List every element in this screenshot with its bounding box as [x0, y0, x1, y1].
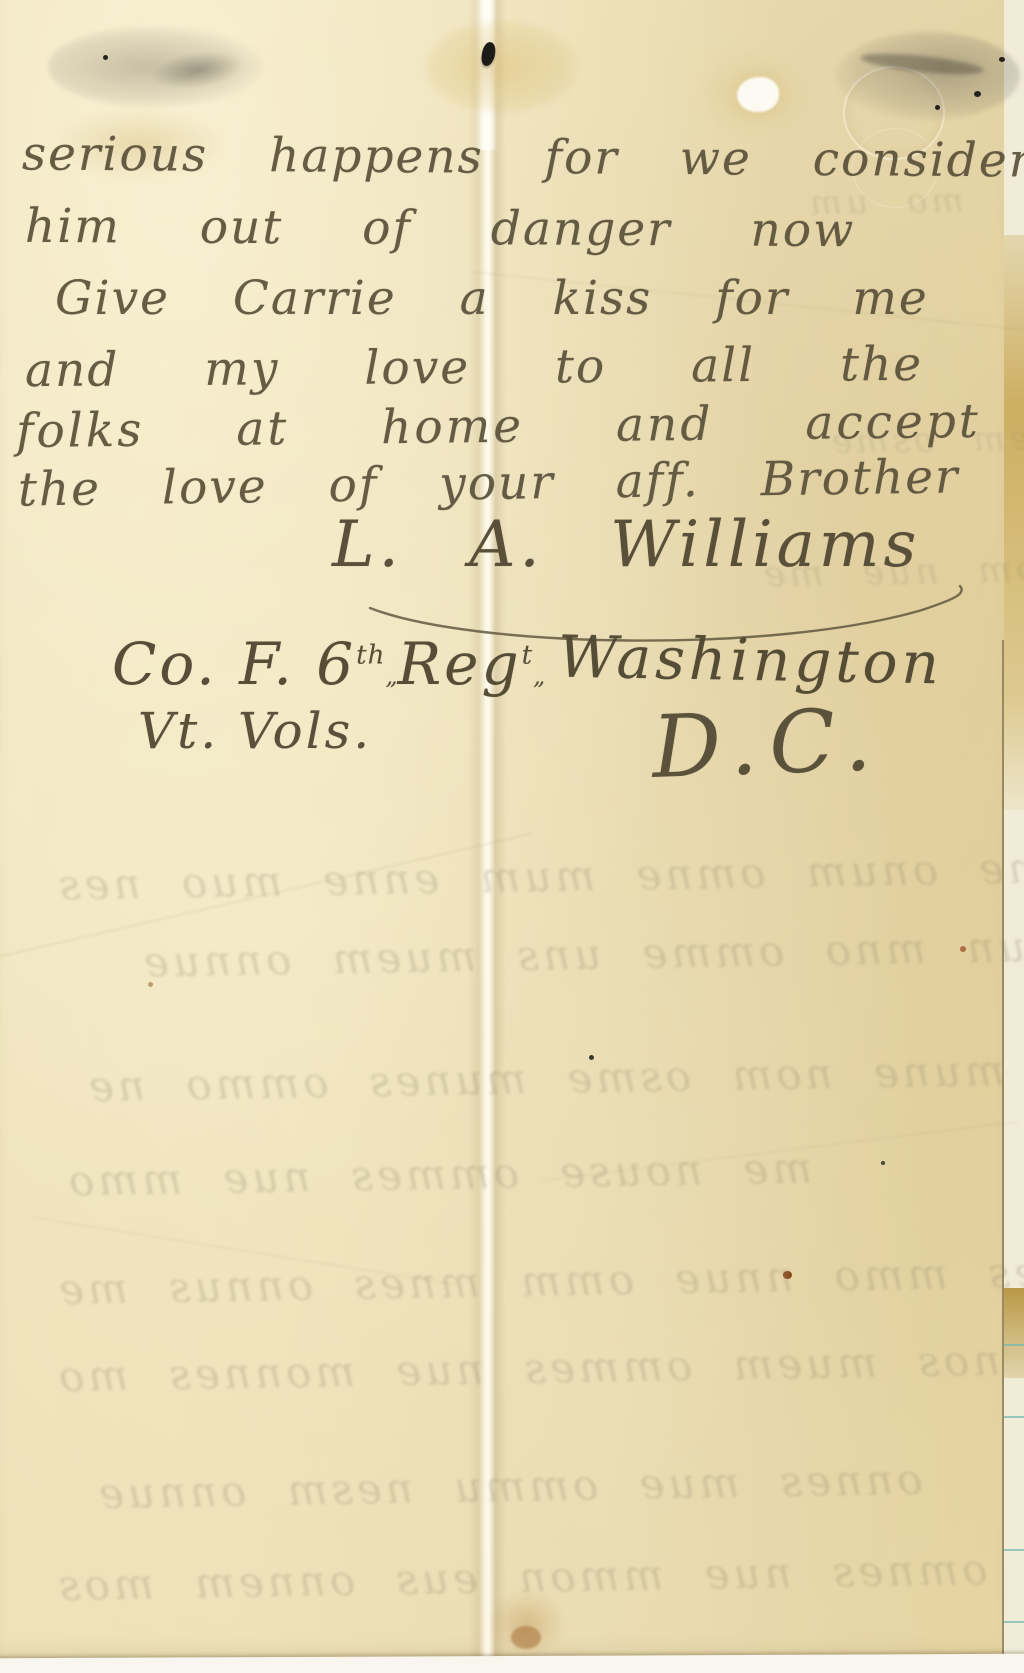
under-page-edge: [1004, 0, 1024, 1659]
place-district: D.C.: [650, 690, 885, 798]
ditto-mark: „: [533, 663, 545, 690]
company-text: Co. F. 6: [112, 630, 356, 698]
ink-speck: [999, 57, 1005, 62]
letter-line-1: serious happens for we consider: [22, 126, 1024, 188]
ink-speck: [935, 105, 940, 110]
company-superscript: th: [356, 641, 385, 671]
ruled-line: [1004, 1344, 1024, 1346]
place-city: Washington: [557, 623, 943, 698]
regiment-superscript: t: [522, 641, 534, 671]
ink-speck: [103, 55, 108, 60]
letter-line-5: folks at home and accept: [16, 394, 981, 459]
ink-speck: [881, 1161, 885, 1165]
paper-abrasion-spot: [737, 77, 779, 112]
unit-company-regiment: Co. F. 6th„Regt„: [112, 630, 545, 698]
letter-line-3: Give Carrie a kiss for me: [55, 271, 929, 326]
regiment-text: Reg: [397, 630, 521, 698]
scan-background-strip: [0, 1654, 1024, 1673]
unit-state-vols: Vt. Vols.: [138, 702, 372, 760]
edge-stain: [1004, 235, 1024, 810]
edge-stain: [1004, 1288, 1024, 1378]
letter-line-2: him out of danger now: [25, 199, 856, 258]
ruled-line: [1004, 1416, 1024, 1418]
ruled-line: [1004, 1621, 1024, 1623]
scanned-letter-page: mo um nem osme me onum omne mum enne muo…: [0, 0, 1024, 1673]
letter-line-4: and my love to all the: [25, 337, 924, 398]
ink-speck: [974, 91, 981, 97]
tan-stain: [511, 1626, 541, 1649]
ditto-mark: „: [385, 663, 397, 690]
page-edge-line: [1002, 640, 1004, 1659]
tan-stain: [424, 20, 579, 114]
smudge-stain: [836, 32, 1020, 120]
